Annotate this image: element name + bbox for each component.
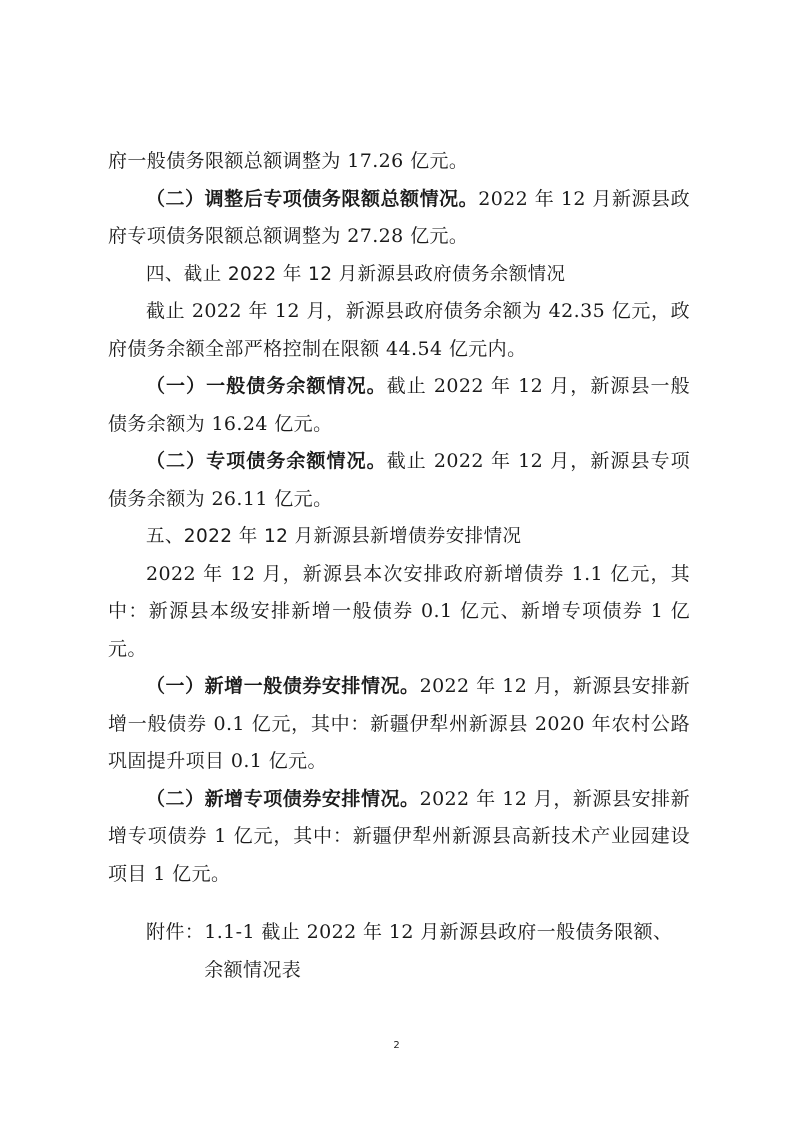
- page-number: 2: [0, 1040, 793, 1051]
- section-heading-new-bonds: 五、2022 年 12 月新源县新增债券安排情况: [108, 518, 690, 556]
- section-heading-text: 五、2022 年 12 月新源县新增债券安排情况: [146, 526, 521, 547]
- paragraph-lead-bold: （一）新增一般债券安排情况。: [146, 675, 420, 697]
- document-page: 府一般债务限额总额调整为 17.26 亿元。 （二）调整后专项债务限额总额情况。…: [108, 143, 690, 989]
- paragraph-new-special-bonds: （二）新增专项债券安排情况。2022 年 12 月，新源县安排新增专项债券 1 …: [108, 781, 690, 894]
- attachment-label: 附件：: [146, 914, 204, 989]
- paragraph-text: 截止 2022 年 12 月，新源县政府债务余额为 42.35 亿元，政府债务余…: [108, 300, 690, 360]
- paragraph-new-general-bonds: （一）新增一般债券安排情况。2022 年 12 月，新源县安排新增一般债券 0.…: [108, 668, 690, 781]
- paragraph-lead-bold: （一）一般债务余额情况。: [146, 375, 387, 397]
- paragraph-text: 府一般债务限额总额调整为 17.26 亿元。: [108, 150, 468, 172]
- paragraph-lead-bold: （二）调整后专项债务限额总额情况。: [146, 188, 478, 210]
- paragraph-text: 2022 年 12 月，新源县本次安排政府新增债券 1.1 亿元，其中：新源县本…: [108, 563, 690, 660]
- paragraph-lead-bold: （二）专项债务余额情况。: [146, 450, 387, 472]
- paragraph-new-bonds-summary: 2022 年 12 月，新源县本次安排政府新增债券 1.1 亿元，其中：新源县本…: [108, 556, 690, 669]
- paragraph-special-debt-limit-adjusted: （二）调整后专项债务限额总额情况。2022 年 12 月新源县政府专项债务限额总…: [108, 181, 690, 256]
- paragraph-general-debt-limit-total: 府一般债务限额总额调整为 17.26 亿元。: [108, 143, 690, 181]
- paragraph-lead-bold: （二）新增专项债券安排情况。: [146, 788, 420, 810]
- paragraph-general-debt-balance: （一）一般债务余额情况。截止 2022 年 12 月，新源县一般债务余额为 16…: [108, 368, 690, 443]
- section-heading-text: 四、截止 2022 年 12 月新源县政府债务余额情况: [146, 264, 565, 285]
- attachment-link-text: 1.1-1 截止 2022 年 12 月新源县政府一般债务限额、余额情况表: [204, 914, 690, 989]
- section-heading-debt-balance: 四、截止 2022 年 12 月新源县政府债务余额情况: [108, 256, 690, 294]
- attachment-note: 附件： 1.1-1 截止 2022 年 12 月新源县政府一般债务限额、余额情况…: [108, 914, 690, 989]
- paragraph-special-debt-balance: （二）专项债务余额情况。截止 2022 年 12 月，新源县专项债务余额为 26…: [108, 443, 690, 518]
- paragraph-debt-balance-summary: 截止 2022 年 12 月，新源县政府债务余额为 42.35 亿元，政府债务余…: [108, 293, 690, 368]
